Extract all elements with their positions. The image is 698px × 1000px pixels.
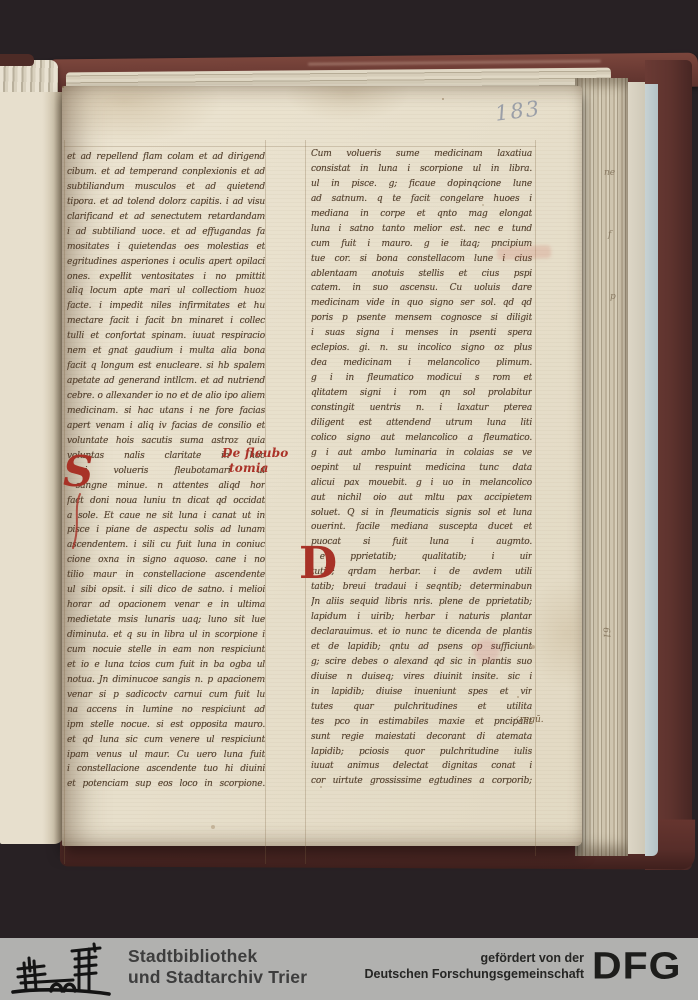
manuscript-line: constingit uentris n. i laxatur pterea <box>311 403 532 418</box>
library-name-line1: Stadtbibliothek <box>128 946 307 967</box>
manuscript-line: dea medicinam i melancolico plimum. <box>311 358 532 373</box>
manuscript-column-right: Cum volueris sume medicinam laxatiuacons… <box>311 149 532 791</box>
manuscript-line: tatib; breui tradaui i seqntib; determin… <box>311 582 532 597</box>
manuscript-line: Cum volueris sume medicinam laxatiua <box>311 149 532 164</box>
manuscript-line: in lapidib; diuise inueniunt spes et vir <box>311 687 532 702</box>
manuscript-line: tutib; qrdam herbar. i de avdem utili <box>311 567 532 582</box>
manuscript-line: lapidib; pciosis quor pulchritudine iuli… <box>311 747 532 762</box>
manuscript-line: qlitatem signi i rom qn sol prolabitur <box>311 388 532 403</box>
endpaper-strip <box>645 84 658 856</box>
manuscript-line: apetate ad generand intllcm. et ad nutri… <box>67 376 265 391</box>
ruling-line <box>305 140 306 864</box>
manuscript-line: lapidum i uirib; herbar i naturis planta… <box>311 612 532 627</box>
manuscript-line: ul in pisce. g; ficaue dopinqcione lune <box>311 179 532 194</box>
manuscript-line: i constellacione ascendente tuo hi diuin… <box>67 764 265 779</box>
manuscript-line: ipam venus ul maur. Cu uero luna fuit <box>67 750 265 765</box>
manuscript-line: na accens in lumine no respiciunt ad <box>67 705 265 720</box>
manuscript-line: ad satnum. q te facit congelare huoes i <box>311 194 532 209</box>
manuscript-line: tutes quar pulchritudines et utilita <box>311 702 532 717</box>
manuscript-line: cibum. et ad temperand conplexionis et a… <box>67 167 265 182</box>
manuscript-line: facte. i impedit niles infirmitates et h… <box>67 301 265 316</box>
manuscript-line: fact doni noua luniu tn dicat qd occidat <box>67 496 265 511</box>
manuscript-line: g i in fleumatico modicui s rom et <box>311 373 532 388</box>
outer-leaf-edge <box>628 82 645 854</box>
manuscript-line: notua. Jn diminucoe sangis n. p apacione… <box>67 675 265 690</box>
manuscript-line: clarificand et ad senectutem retardandam <box>67 212 265 227</box>
manuscript-line: eclepios. gi. n. su incolico signo oz pl… <box>311 343 532 358</box>
rubric-heading: De fleubo <box>222 446 289 460</box>
foxing-speckles <box>62 86 64 88</box>
library-name: Stadtbibliothek und Stadtarchiv Trier <box>128 946 307 987</box>
manuscript-line: i suas signa i menses in psenti spera <box>311 328 532 343</box>
manuscript-line: soluet. Q si in fleumaticis signis sol e… <box>311 508 532 523</box>
manuscript-line: horar ad opacionem venar e in ultima <box>67 600 265 615</box>
funding-line2: Deutschen Forschungsgemeinschaft <box>365 967 585 983</box>
previous-page-sliver <box>0 92 64 844</box>
manuscript-line: medicinam vide in quo signo ser sol. qd … <box>311 298 532 313</box>
manuscript-line: diuise n duiseq; vires diuinit insite. s… <box>311 672 532 687</box>
manuscript-line: pisce i piane de aspectu solis ad lunam <box>67 525 265 540</box>
manuscript-line: tilio maur in constellacione ascendente <box>67 570 265 585</box>
ruling-line <box>64 146 536 147</box>
rubric-heading: tomia <box>229 461 269 475</box>
manuscript-line: tulli et confortat spinam. iuuat respira… <box>67 331 265 346</box>
manuscript-line: medietate msis lunaris uaq; luno sit lue <box>67 615 265 630</box>
manuscript-line: medicinam. si hac utans i ne fore facias <box>67 406 265 421</box>
ruling-line <box>64 140 65 864</box>
fore-edge-mark: ne <box>604 168 615 178</box>
manuscript-line: diminuta. et q su in libra ul in scorpio… <box>67 630 265 645</box>
manuscript-line: venar si p sadicoctv carnui cum fuit lu <box>67 690 265 705</box>
dfg-logo: DFG <box>592 947 692 984</box>
ruling-line <box>265 140 266 864</box>
manuscript-line: catem. in suo ascensu. Cu uoluis dare <box>311 283 532 298</box>
manuscript-line: ul sibi opsit. i sili dico de satno. i m… <box>67 585 265 600</box>
folio-number-pencil: 183 <box>494 96 543 125</box>
manuscript-line: iuuat animus delectat dignitas conat i <box>311 761 532 776</box>
manuscript-line: luna i satno tanto melior est. nec e tun… <box>311 224 532 239</box>
manuscript-line: sunt regie maiestati decorant di atemata <box>311 732 532 747</box>
manuscript-line: tes pco in estimabiles maxie et pncipali… <box>311 717 532 732</box>
manuscript-line: et potenciam sup eos loco in scorpione. <box>67 779 265 794</box>
manuscript-line: ipm stelle nocue. si est opposita mauro. <box>67 720 265 735</box>
manuscript-line: Jn aliis sequid libris nris. plene de pp… <box>311 597 532 612</box>
manuscript-line: ablentaam anotuis stellis et cius pspi <box>311 269 532 284</box>
manuscript-line: colico signo aut melancolico a fleumatic… <box>311 433 532 448</box>
manuscript-line: ones. expellit ventositates i no pmittit <box>67 272 265 287</box>
manuscript-line: aliq locum apte mari ul collectiom huoz <box>67 286 265 301</box>
manuscript-line: puocat si fuit luna i augmto. <box>311 537 532 552</box>
stadtbibliothek-trier-logo <box>10 942 112 996</box>
manuscript-line: mositates i quietendas oes molestias et <box>67 242 265 257</box>
manuscript-line: aut nichil oio aut mltu pax accipietem <box>311 493 532 508</box>
manuscript-line: cebre. o allexander io no et de alio ipo… <box>67 391 265 406</box>
manuscript-line: cione oxna in signo aquoso. cane i no <box>67 555 265 570</box>
initial-flourish <box>70 492 84 550</box>
margin-gloss: regū. <box>512 715 544 725</box>
manuscript-line: tipora. et ad tolend dolorz capitis. i a… <box>67 197 265 212</box>
fore-edge-mark: p <box>610 292 616 302</box>
manuscript-line: ascendentem. i sili cu fuit luna in coni… <box>67 540 265 555</box>
manuscript-line: i ad subtiliand uoce. et ad effugandas f… <box>67 227 265 242</box>
manuscript-line: et qd luna sic cum venere ul respiciunt <box>67 735 265 750</box>
fore-edge-mark: 61 <box>601 627 611 639</box>
manuscript-line: et ad repellend flam colam et ad dirigen… <box>67 152 265 167</box>
manuscript-line: oepint ul respuint medicina tunc data <box>311 463 532 478</box>
manuscript-line: g; scire debes o alexand qd sic in plant… <box>311 657 532 672</box>
manuscript-line: consistat in luna i scorpione ul in libr… <box>311 164 532 179</box>
red-initial-s: S <box>63 451 93 493</box>
manuscript-line: cum nocuie stelle in eam non respiciunt <box>67 645 265 660</box>
manuscript-line: facit q longum est enucleare. si hb spal… <box>67 361 265 376</box>
manuscript-line: mediana in corpe et qnto mag elongat <box>311 209 532 224</box>
digitized-manuscript-scan: ne f p 61 183 et ad repellend flam colam… <box>0 0 698 1000</box>
manuscript-line: sangne minue. n attentes aliqd hor <box>67 481 265 496</box>
manuscript-line: poris p psente mensem cognosce si diligi… <box>311 313 532 328</box>
manuscript-line: nem et gnat gaudium i multa alia bona <box>67 346 265 361</box>
funding-credit: gefördert von der Deutschen Forschungsge… <box>365 951 585 982</box>
library-name-line2: und Stadtarchiv Trier <box>128 967 307 988</box>
manuscript-line: e pprietatib; qualitatib; i uir <box>311 552 532 567</box>
manuscript-line: g i aut ambo luminaria in colaias se ve <box>311 448 532 463</box>
manuscript-line: et io e luna tcios cum fuit in ba ogba u… <box>67 660 265 675</box>
red-ink-offset-stain <box>497 245 551 260</box>
manuscript-line: diligent est attendend utrum luna liti <box>311 418 532 433</box>
page-stack-fore-edges <box>575 78 628 856</box>
manuscript-line: a sole. Et caue ne sit luna i canat ut i… <box>67 511 265 526</box>
manuscript-line: cor uirtute grossissime egtudines a corp… <box>311 776 532 791</box>
manuscript-line: egritudines asperiones i oculis apert op… <box>67 257 265 272</box>
funding-line1: gefördert von der <box>365 951 585 967</box>
manuscript-line: subtiliandum musculos et ad quietend <box>67 182 265 197</box>
manuscript-line: ouerint. facile mediana suscepta ducet e… <box>311 522 532 537</box>
fore-edge-mark: f <box>608 230 611 240</box>
red-initial-d: D <box>299 542 337 586</box>
manuscript-line: mectare facit i facit bn minaret i colle… <box>67 316 265 331</box>
pink-smudge <box>474 639 500 663</box>
manuscript-line: alicui pax mouebit. g i uo in melancolic… <box>311 478 532 493</box>
manuscript-page: 183 et ad repellend flam colam et ad dir… <box>62 86 582 846</box>
manuscript-line: apert venam i aliq iv facias de consilio… <box>67 421 265 436</box>
manuscript-line: declarauimus. et io nunc te dicenda de p… <box>311 627 532 642</box>
